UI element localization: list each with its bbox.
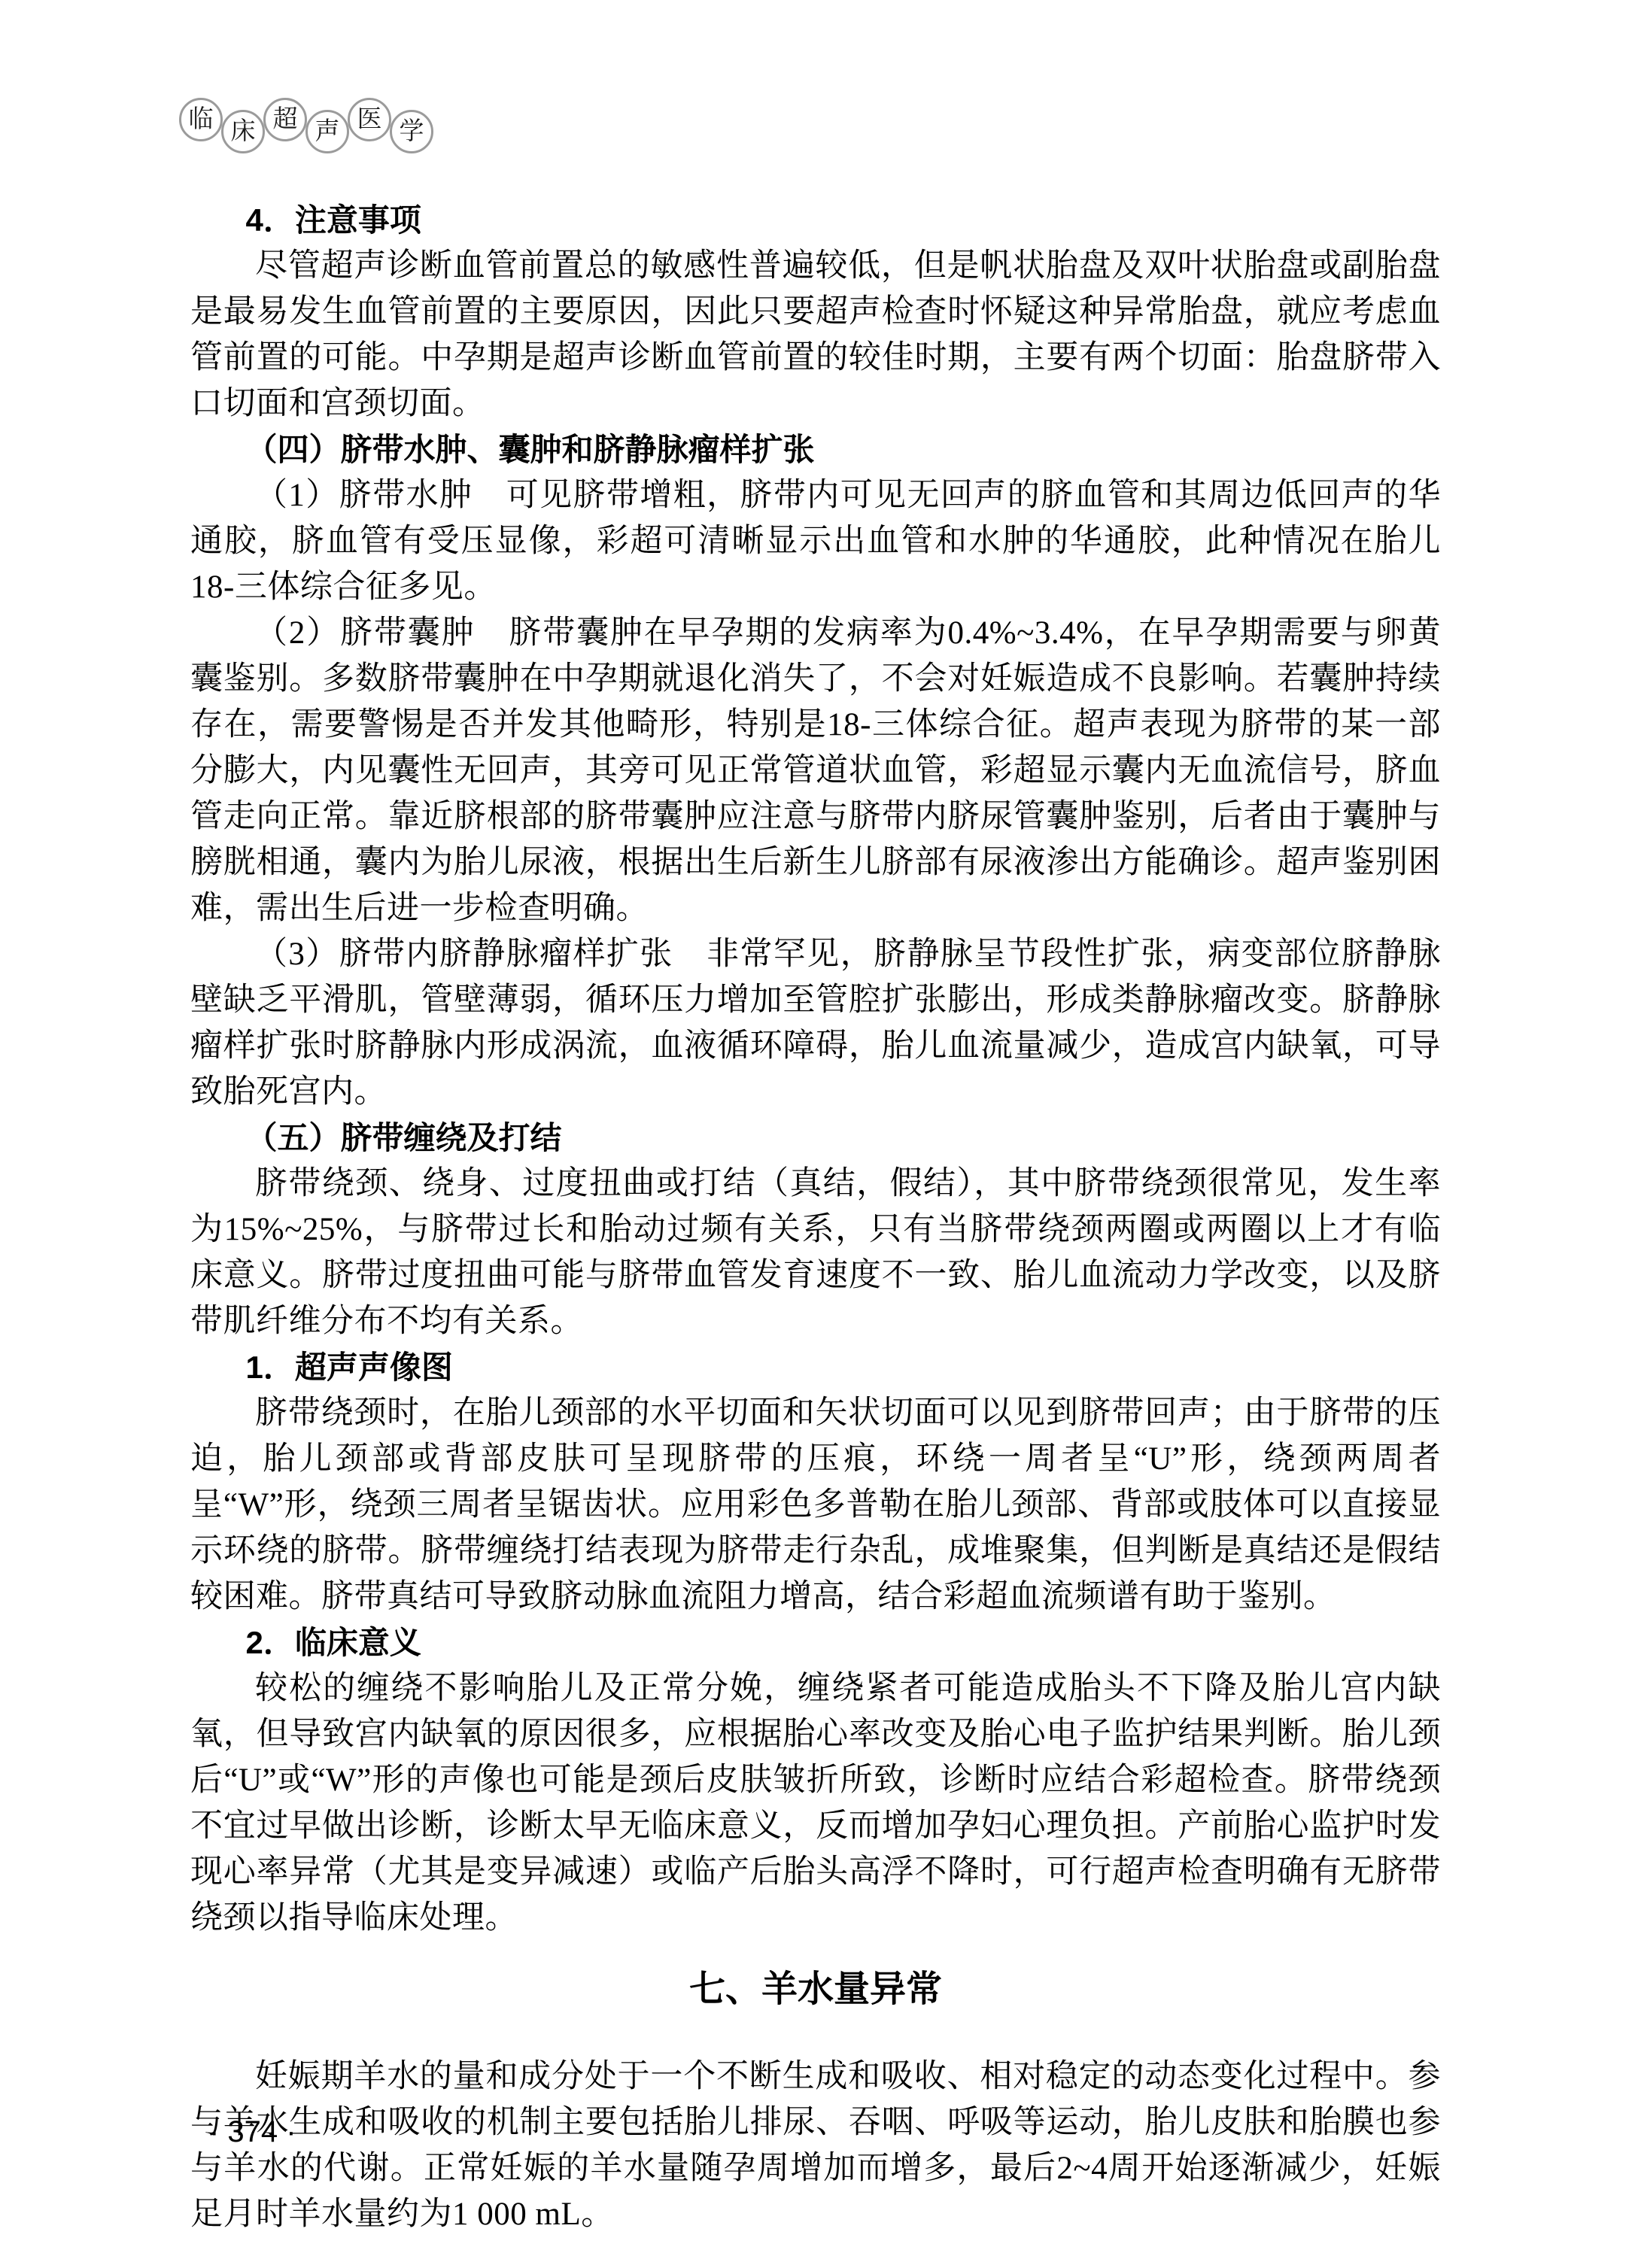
heading-cord-edema-cyst: （四）脐带水肿、囊肿和脐静脉瘤样扩张 — [190, 427, 1441, 472]
book-logo: 临 床 超 声 医 学 — [179, 98, 433, 141]
paragraph: 较松的缠绕不影响胎儿及正常分娩，缠绕紧者可能造成胎头不下降及胎儿宫内缺氧，但导致… — [190, 1665, 1441, 1941]
paragraph: （3）脐带内脐静脉瘤样扩张 非常罕见，脐静脉呈节段性扩张，病变部位脐静脉壁缺乏平… — [190, 931, 1441, 1115]
logo-character: 声 — [305, 110, 349, 153]
section-title-amniotic-fluid: 七、羊水量异常 — [190, 1966, 1441, 2013]
logo-character: 学 — [390, 110, 433, 153]
sub-heading-sonogram: 1．超声声像图 — [190, 1344, 1441, 1390]
logo-character: 医 — [348, 98, 391, 141]
sub-heading-clinical-significance: 2．临床意义 — [190, 1620, 1441, 1665]
paragraph: （2）脐带囊肿 脐带囊肿在早孕期的发病率为0.4%~3.4%，在早孕期需要与卵黄… — [190, 610, 1441, 931]
paragraph: 妊娠期羊水的量和成分处于一个不断生成和吸收、相对稳定的动态变化过程中。参与羊水生… — [190, 2054, 1441, 2237]
logo-character: 超 — [263, 98, 307, 141]
heading-cord-entanglement: （五）脐带缠绕及打结 — [190, 1115, 1441, 1161]
logo-character: 床 — [221, 110, 265, 153]
sub-heading-notes: 4．注意事项 — [190, 197, 1441, 243]
paragraph: 脐带绕颈、绕身、过度扭曲或打结（真结，假结），其中脐带绕颈很常见，发生率为15%… — [190, 1161, 1441, 1344]
paragraph: 脐带绕颈时，在胎儿颈部的水平切面和矢状切面可以见到脐带回声；由于脐带的压迫，胎儿… — [190, 1390, 1441, 1620]
logo-character: 临 — [179, 98, 223, 141]
page-number: · 374 · — [209, 2115, 296, 2149]
paragraph: （1）脐带水肿 可见脐带增粗，脐带内可见无回声的脐血管和其周边低回声的华通胶，脐… — [190, 472, 1441, 610]
paragraph: 尽管超声诊断血管前置总的敏感性普遍较低，但是帆状胎盘及双叶状胎盘或副胎盘是最易发… — [190, 243, 1441, 427]
page-content: 4．注意事项 尽管超声诊断血管前置总的敏感性普遍较低，但是帆状胎盘及双叶状胎盘或… — [190, 197, 1441, 2237]
book-page: 临 床 超 声 医 学 4．注意事项 尽管超声诊断血管前置总的敏感性普遍较低，但… — [0, 0, 1629, 2268]
